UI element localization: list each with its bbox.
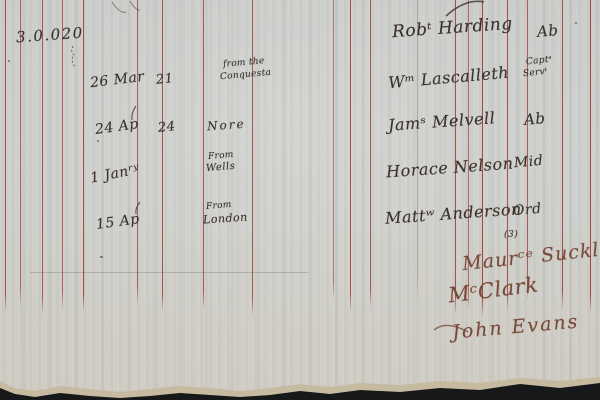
amount-note: 3.0.020 xyxy=(15,24,84,47)
entry-whence: From xyxy=(206,200,232,212)
red-rule-line xyxy=(62,0,63,310)
entry-whence: from the xyxy=(223,56,265,70)
signature-flourish xyxy=(430,318,470,338)
entry-number: 21 xyxy=(155,71,174,88)
red-rule-line xyxy=(203,0,204,310)
entry-rating: Captˢ xyxy=(526,55,553,68)
pen-flourish xyxy=(108,0,142,16)
entry-name: Horace Nelson xyxy=(385,154,514,182)
entry-whence: Wells xyxy=(206,161,236,175)
red-rule-line xyxy=(590,0,591,314)
entry-rating: Ord xyxy=(512,201,542,219)
entry-note: (3) xyxy=(504,230,518,240)
red-rule-line xyxy=(162,0,163,312)
paper-page: 3.0.020 Robᵗ Harding Ab 26 Mar 21 from t… xyxy=(0,0,600,400)
ink-speck xyxy=(575,22,577,24)
entry-date: 24 Ap xyxy=(94,116,140,138)
ink-speck xyxy=(100,256,103,258)
red-rule-line xyxy=(417,0,418,298)
entry-whence: Nore xyxy=(207,117,246,134)
entry-rating: Servᵗ xyxy=(523,67,549,80)
entry-rating: Mid xyxy=(513,153,544,171)
signature: MᶜClark xyxy=(447,273,540,308)
entry-name: Jamˢ Melvell xyxy=(387,108,495,134)
entry-date: 1 Janʳʸ xyxy=(89,161,141,186)
red-rule-line xyxy=(83,0,84,312)
red-rule-line xyxy=(137,0,138,305)
entry-rating: Ab xyxy=(523,109,546,129)
red-rule-line xyxy=(42,0,43,315)
entry-name: Wᵐ Lascalleth xyxy=(387,63,509,92)
entry-name: Mattʷ Anderson xyxy=(385,199,523,228)
entry-name: Robᵗ Harding xyxy=(391,14,513,42)
ink-speck xyxy=(97,140,99,142)
entry-date: 15 Ap xyxy=(95,211,141,233)
ink-squiggle xyxy=(66,44,80,70)
red-rule-line xyxy=(370,0,371,308)
signature: John Evans xyxy=(451,310,580,343)
entry-rating: Ab xyxy=(536,21,559,41)
muster-book-photo: 3.0.020 Robᵗ Harding Ab 26 Mar 21 from t… xyxy=(0,0,600,400)
entry-whence: Conquesta xyxy=(220,68,272,82)
red-rule-line xyxy=(350,0,351,312)
ink-speck xyxy=(8,60,10,62)
red-rule-line xyxy=(333,0,334,300)
red-rule-line xyxy=(252,0,253,316)
red-rule-line xyxy=(5,0,6,312)
entry-whence: London xyxy=(203,210,249,226)
faint-pencil-line xyxy=(30,272,308,273)
entry-number: 24 xyxy=(157,119,176,136)
